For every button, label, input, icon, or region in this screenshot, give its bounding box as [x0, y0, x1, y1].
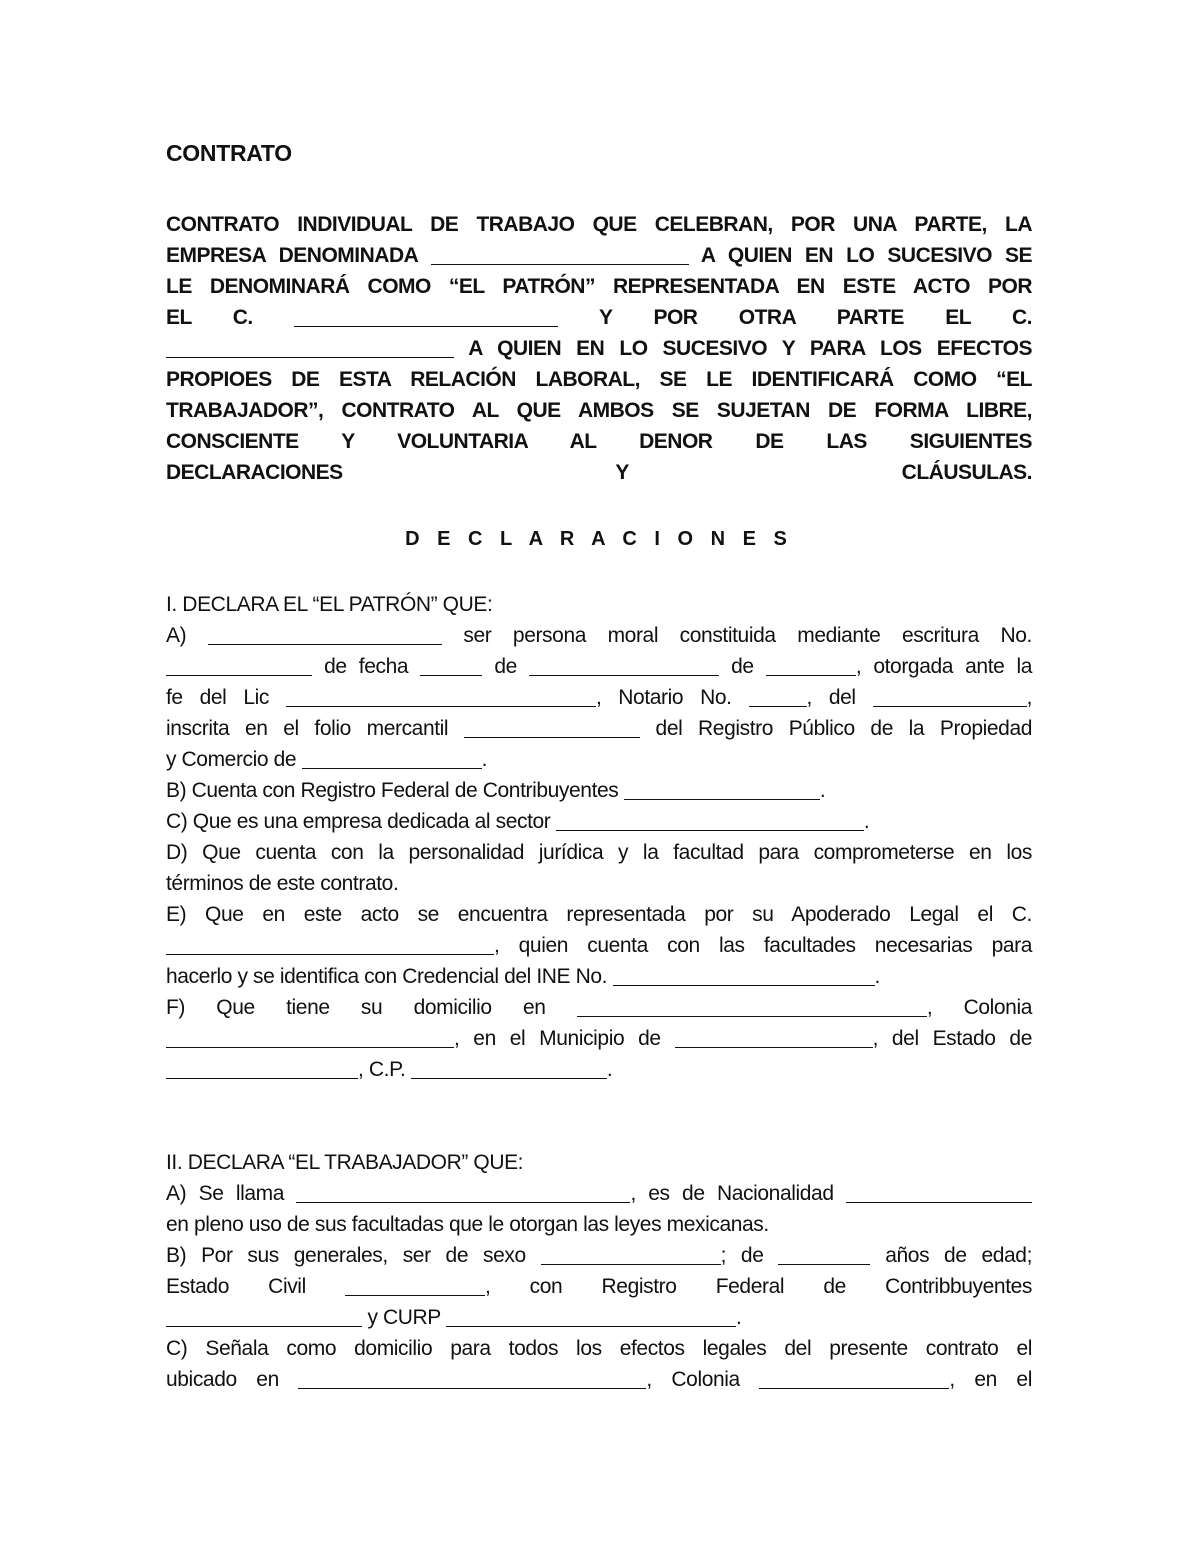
mercantile-folio-blank[interactable]	[464, 715, 640, 738]
company-address-blank[interactable]	[577, 994, 927, 1017]
patron-heading: I. DECLARA EL “EL PATRÓN” QUE:	[166, 589, 1032, 620]
worker-curp-blank[interactable]	[446, 1304, 736, 1327]
intro-line: DECLARACIONES Y CLÁUSULAS.	[166, 457, 1032, 488]
worker-item-c: ubicado en , Colonia , en el	[166, 1364, 1032, 1395]
representative-name-blank[interactable]	[294, 304, 558, 327]
intro-line: CONTRATO INDIVIDUAL DE TRABAJO QUE CELEB…	[166, 209, 1032, 240]
intro-line: EL C. Y POR OTRA PARTE EL C.	[166, 302, 1032, 333]
worker-item-a: en pleno uso de sus facultadas que le ot…	[166, 1209, 1032, 1240]
deed-number-blank[interactable]	[166, 653, 312, 676]
worker-civil-status-blank[interactable]	[345, 1273, 485, 1296]
document-title: CONTRATO	[166, 138, 1032, 169]
deed-day-blank[interactable]	[420, 653, 482, 676]
worker-rfc-blank[interactable]	[166, 1304, 362, 1327]
worker-item-a: A) Se llama , es de Nacionalidad	[166, 1178, 1032, 1209]
notary-name-blank[interactable]	[286, 684, 596, 707]
company-zip-blank[interactable]	[411, 1056, 607, 1079]
worker-address-blank[interactable]	[298, 1366, 646, 1389]
company-state-blank[interactable]	[166, 1056, 358, 1079]
section-heading: D E C L A R A C I O N E S	[166, 524, 1032, 555]
worker-colony-blank[interactable]	[759, 1366, 949, 1389]
intro-line: LE DENOMINARÁ COMO “EL PATRÓN” REPRESENT…	[166, 271, 1032, 302]
ine-number-blank[interactable]	[613, 963, 875, 986]
notary-place-blank[interactable]	[873, 684, 1027, 707]
patron-declarations: I. DECLARA EL “EL PATRÓN” QUE: A) ser pe…	[166, 589, 1032, 1085]
patron-item-e: , quien cuenta con las facultades necesa…	[166, 930, 1032, 961]
intro-line: PROPIOES DE ESTA RELACIÓN LABORAL, SE LE…	[166, 364, 1032, 395]
patron-item-a-line: de fecha de de , otorgada ante la	[166, 651, 1032, 682]
worker-sex-blank[interactable]	[541, 1242, 721, 1265]
patron-item-a-line: inscrita en el folio mercantil del Regis…	[166, 713, 1032, 744]
patron-item-a-line: fe del Lic , Notario No. , del ,	[166, 682, 1032, 713]
deed-year-blank[interactable]	[766, 653, 856, 676]
intro-line: A QUIEN EN LO SUCESIVO Y PARA LOS EFECTO…	[166, 333, 1032, 364]
patron-item-d: D) Que cuenta con la personalidad jurídi…	[166, 837, 1032, 868]
worker-item-c: C) Señala como domicilio para todos los …	[166, 1333, 1032, 1364]
worker-item-b: Estado Civil , con Registro Federal de C…	[166, 1271, 1032, 1302]
worker-item-b: y CURP .	[166, 1302, 1032, 1333]
worker-nationality-blank[interactable]	[846, 1180, 1032, 1203]
worker-name-blank[interactable]	[166, 335, 454, 358]
patron-item-e: hacerlo y se identifica con Credencial d…	[166, 961, 1032, 992]
legal-representative-blank[interactable]	[166, 932, 494, 955]
intro-line: CONSCIENTE Y VOLUNTARIA AL DENOR DE LAS …	[166, 426, 1032, 457]
contract-page: CONTRATO CONTRATO INDIVIDUAL DE TRABAJO …	[166, 138, 1032, 1395]
patron-item-e: E) Que en este acto se encuentra represe…	[166, 899, 1032, 930]
patron-a-blank[interactable]	[208, 622, 442, 645]
patron-item-f: F) Que tiene su domicilio en , Colonia	[166, 992, 1032, 1023]
company-colony-blank[interactable]	[166, 1025, 454, 1048]
commerce-registry-blank[interactable]	[302, 746, 482, 769]
company-sector-blank[interactable]	[556, 808, 864, 831]
patron-item-d: términos de este contrato.	[166, 868, 1032, 899]
worker-declarations: II. DECLARA “EL TRABAJADOR” QUE: A) Se l…	[166, 1147, 1032, 1395]
company-name-blank[interactable]	[431, 242, 689, 265]
patron-item-f: , en el Municipio de , del Estado de	[166, 1023, 1032, 1054]
intro-paragraph: CONTRATO INDIVIDUAL DE TRABAJO QUE CELEB…	[166, 209, 1032, 488]
notary-number-blank[interactable]	[749, 684, 807, 707]
patron-item-a-line: y Comercio de .	[166, 744, 1032, 775]
deed-month-blank[interactable]	[529, 653, 719, 676]
patron-item-a-line: A) ser persona moral constituida mediant…	[166, 620, 1032, 651]
company-municipality-blank[interactable]	[675, 1025, 873, 1048]
patron-item-b: B) Cuenta con Registro Federal de Contri…	[166, 775, 1032, 806]
company-rfc-blank[interactable]	[624, 777, 820, 800]
worker-item-b: B) Por sus generales, ser de sexo ; de a…	[166, 1240, 1032, 1271]
patron-item-c: C) Que es una empresa dedicada al sector…	[166, 806, 1032, 837]
patron-item-f: , C.P. .	[166, 1054, 1032, 1085]
worker-age-blank[interactable]	[778, 1242, 870, 1265]
worker-full-name-blank[interactable]	[296, 1180, 630, 1203]
worker-heading: II. DECLARA “EL TRABAJADOR” QUE:	[166, 1147, 1032, 1178]
intro-line: EMPRESA DENOMINADA A QUIEN EN LO SUCESIV…	[166, 240, 1032, 271]
intro-line: TRABAJADOR”, CONTRATO AL QUE AMBOS SE SU…	[166, 395, 1032, 426]
